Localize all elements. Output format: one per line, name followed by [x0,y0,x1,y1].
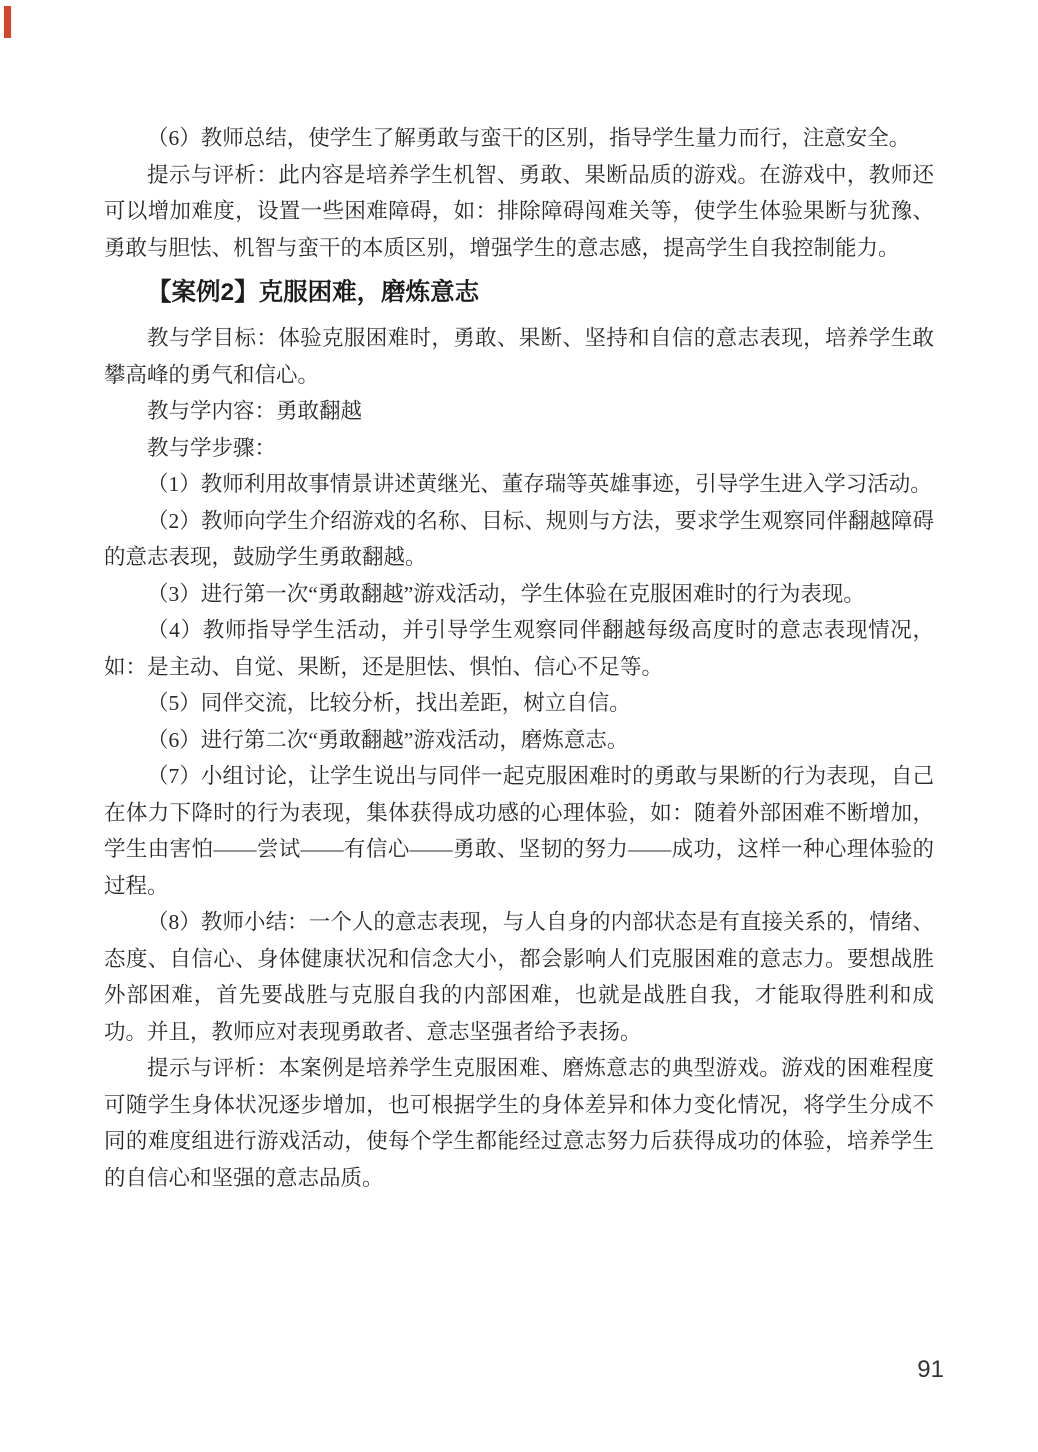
para-teaching-content: 教与学内容：勇敢翻越 [104,393,934,430]
para-step6-previous-case: （6）教师总结，使学生了解勇敢与蛮干的区别，指导学生量力而行，注意安全。 [104,120,934,157]
para-step-3: （3）进行第一次“勇敢翻越”游戏活动，学生体验在克服困难时的行为表现。 [104,576,934,613]
para-step-7: （7）小组讨论，让学生说出与同伴一起克服困难时的勇敢与果断的行为表现，自己在体力… [104,758,934,904]
para-step-2: （2）教师向学生介绍游戏的名称、目标、规则与方法，要求学生观察同伴翻越障碍的意志… [104,503,934,576]
para-teaching-steps-label: 教与学步骤： [104,430,934,467]
para-teaching-goal: 教与学目标：体验克服困难时，勇敢、果断、坚持和自信的意志表现，培养学生敢攀高峰的… [104,320,934,393]
para-tips-case1: 提示与评析：此内容是培养学生机智、勇敢、果断品质的游戏。在游戏中，教师还可以增加… [104,157,934,267]
page-text-body: （6）教师总结，使学生了解勇敢与蛮干的区别，指导学生量力而行，注意安全。 提示与… [104,120,934,1196]
case2-heading: 【案例2】克服困难，磨炼意志 [104,274,934,312]
para-step-4: （4）教师指导学生活动，并引导学生观察同伴翻越每级高度时的意志表现情况，如：是主… [104,612,934,685]
para-step-6: （6）进行第二次“勇敢翻越”游戏活动，磨炼意志。 [104,722,934,759]
para-step-1: （1）教师利用故事情景讲述黄继光、董存瑞等英雄事迹，引导学生进入学习活动。 [104,466,934,503]
page-number: 91 [917,1356,944,1384]
page-edge-red-mark [4,6,11,38]
para-step-5: （5）同伴交流，比较分析，找出差距，树立自信。 [104,685,934,722]
document-page: （6）教师总结，使学生了解勇敢与蛮干的区别，指导学生量力而行，注意安全。 提示与… [0,0,1038,1452]
para-step-8: （8）教师小结：一个人的意志表现，与人自身的内部状态是有直接关系的，情绪、态度、… [104,904,934,1050]
para-tips-case2: 提示与评析：本案例是培养学生克服困难、磨炼意志的典型游戏。游戏的困难程度可随学生… [104,1050,934,1196]
